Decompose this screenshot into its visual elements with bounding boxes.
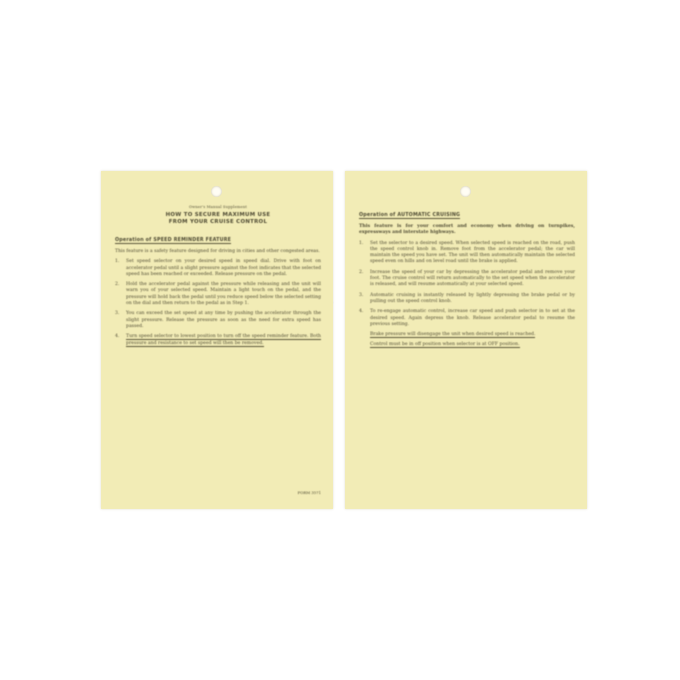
intro-paragraph: This feature is for your comfort and eco… xyxy=(359,224,575,237)
item-number: 1. xyxy=(359,241,363,247)
item-number: 4. xyxy=(115,334,119,340)
intro-paragraph: This feature is a safety feature designe… xyxy=(115,249,321,255)
item-number: 3. xyxy=(359,293,363,299)
item-number: 2. xyxy=(359,270,363,276)
item-text: Hold the accelerator pedal against the p… xyxy=(126,282,321,306)
list-item: 1.Set speed selector on your desired spe… xyxy=(115,259,321,278)
note-text: Control must be in off position when sel… xyxy=(370,342,520,348)
hang-hole xyxy=(211,186,222,197)
section-subheading: Operation of SPEED REMINDER FEATURE xyxy=(115,238,231,244)
automatic-cruising-instruction-card: Operation of AUTOMATIC CRUISING This fea… xyxy=(345,171,587,509)
note-text: Brake pressure will disengage the unit w… xyxy=(370,332,535,338)
item-number: 2. xyxy=(115,282,119,288)
list-item: 3.Automatic cruising is instantly releas… xyxy=(359,293,575,306)
list-item: 4.To re-engage automatic control, increa… xyxy=(359,309,575,328)
instruction-list: 1.Set the selector to a desired speed. W… xyxy=(359,241,575,329)
item-text: Turn speed selector to lowest position t… xyxy=(126,334,321,346)
list-item: 4.Turn speed selector to lowest position… xyxy=(115,334,321,347)
card-heading-line2: FROM YOUR CRUISE CONTROL xyxy=(115,219,321,226)
item-number: 1. xyxy=(115,259,119,265)
speed-reminder-instruction-card: Owner's Manual Supplement HOW TO SECURE … xyxy=(101,171,333,509)
item-text: Set the selector to a desired speed. Whe… xyxy=(370,241,575,265)
card-content: Owner's Manual Supplement HOW TO SECURE … xyxy=(115,205,321,351)
instruction-list: 1.Set speed selector on your desired spe… xyxy=(115,259,321,347)
part-code: FORM 3571 xyxy=(298,490,321,495)
note-paragraph: Brake pressure will disengage the unit w… xyxy=(359,332,575,338)
item-text: To re-engage automatic control, increase… xyxy=(370,309,575,327)
section-subheading: Operation of AUTOMATIC CRUISING xyxy=(359,213,460,219)
hang-hole xyxy=(460,186,471,197)
top-note: Owner's Manual Supplement xyxy=(115,205,321,209)
list-item: 2.Hold the accelerator pedal against the… xyxy=(115,282,321,307)
note-paragraph: Control must be in off position when sel… xyxy=(359,342,575,348)
item-number: 4. xyxy=(359,309,363,315)
card-heading-line1: HOW TO SECURE MAXIMUM USE xyxy=(115,212,321,219)
item-text: Automatic cruising is instantly released… xyxy=(370,293,575,304)
list-item: 3.You can exceed the set speed at any ti… xyxy=(115,311,321,330)
item-text: Increase the speed of your car by depres… xyxy=(370,270,575,288)
card-content: Operation of AUTOMATIC CRUISING This fea… xyxy=(359,201,575,353)
item-text: Set speed selector on your desired speed… xyxy=(126,259,321,277)
item-number: 3. xyxy=(115,311,119,317)
item-text: You can exceed the set speed at any time… xyxy=(126,311,321,329)
list-item: 2.Increase the speed of your car by depr… xyxy=(359,270,575,289)
list-item: 1.Set the selector to a desired speed. W… xyxy=(359,241,575,266)
